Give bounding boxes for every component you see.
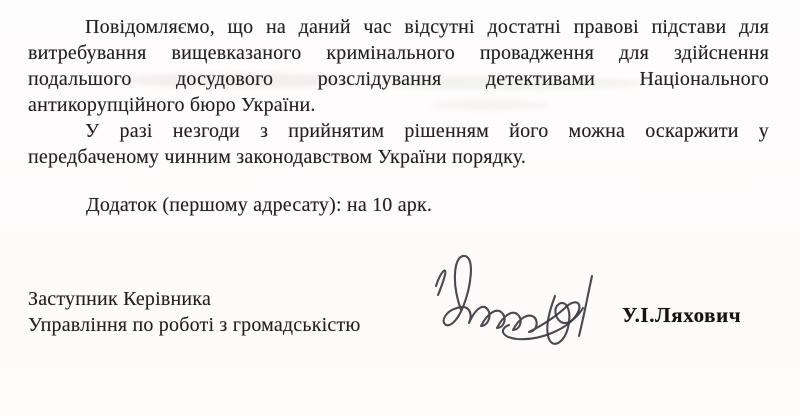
attachment-note: Додаток (першому адресату): на 10 арк. bbox=[86, 192, 432, 218]
signer-position-title: Заступник Керівника bbox=[28, 286, 211, 312]
signer-name: У.І.Ляхович bbox=[622, 303, 741, 328]
paragraph1-line1: Повідомляємо, що на даний час відсутні д… bbox=[85, 14, 769, 40]
paragraph2-line2: передбаченому чинним законодавством Укра… bbox=[28, 144, 769, 170]
handwritten-signature-icon bbox=[420, 246, 610, 352]
paragraph1-line3: подальшого досудового розслідування дете… bbox=[28, 66, 769, 92]
paragraph1-line2: витребування вищевказаного кримінального… bbox=[28, 40, 769, 66]
scanned-letter-page: Повідомляємо, що на даний час відсутні д… bbox=[0, 0, 800, 415]
signer-position-unit: Управління по роботі з громадськістю bbox=[28, 312, 361, 338]
paragraph1-line4: антикорупційного бюро України. bbox=[28, 92, 769, 118]
paragraph2-line1: У разі незгоди з прийнятим рішенням його… bbox=[85, 118, 769, 144]
